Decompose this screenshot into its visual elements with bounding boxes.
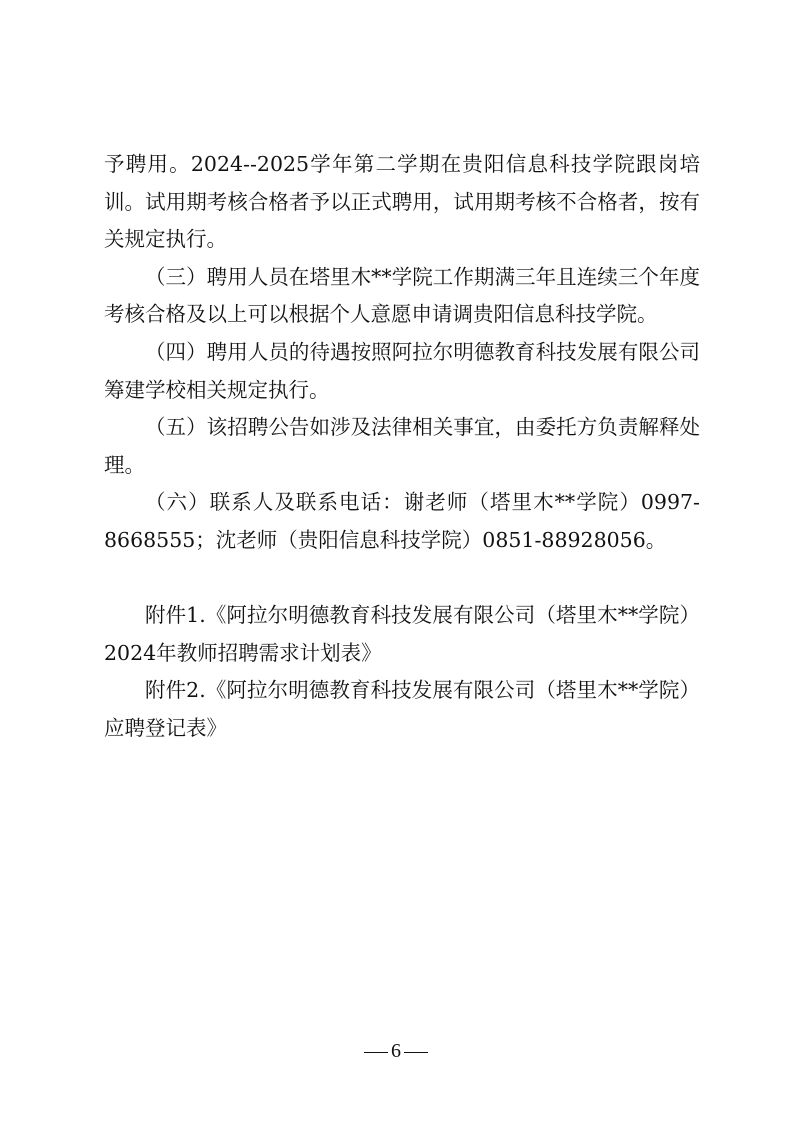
dash-left <box>364 1052 388 1054</box>
document-body: 予聘用。2024--2025学年第二学期在贵阳信息科技学院跟岗培训。试用期考核合… <box>104 146 700 748</box>
paragraph-item-4: （四）聘用人员的待遇按照阿拉尔明德教育科技发展有限公司筹建学校相关规定执行。 <box>104 334 700 409</box>
page-number: 6 <box>391 1040 401 1062</box>
attachment-2: 附件2.《阿拉尔明德教育科技发展有限公司（塔里木**学院）应聘登记表》 <box>104 672 700 747</box>
paragraph-item-5: （五）该招聘公告如涉及法律相关事宜，由委托方负责解释处理。 <box>104 409 700 484</box>
dash-right <box>404 1052 428 1054</box>
paragraph-item-3: （三）聘用人员在塔里木**学院工作期满三年且连续三个年度考核合格及以上可以根据个… <box>104 259 700 334</box>
document-page: 予聘用。2024--2025学年第二学期在贵阳信息科技学院跟岗培训。试用期考核合… <box>0 0 792 1121</box>
attachment-1: 附件1.《阿拉尔明德教育科技发展有限公司（塔里木**学院）2024年教师招聘需求… <box>104 597 700 672</box>
paragraph-item-6-contacts: （六）联系人及联系电话：谢老师（塔里木**学院）0997-8668555；沈老师… <box>104 484 700 559</box>
spacer <box>104 560 700 598</box>
attachment-1-label: 附件1. <box>145 603 206 627</box>
paragraph-probation: 予聘用。2024--2025学年第二学期在贵阳信息科技学院跟岗培训。试用期考核合… <box>104 146 700 259</box>
attachment-2-label: 附件2. <box>145 678 206 702</box>
page-footer: 6 <box>0 1040 792 1063</box>
